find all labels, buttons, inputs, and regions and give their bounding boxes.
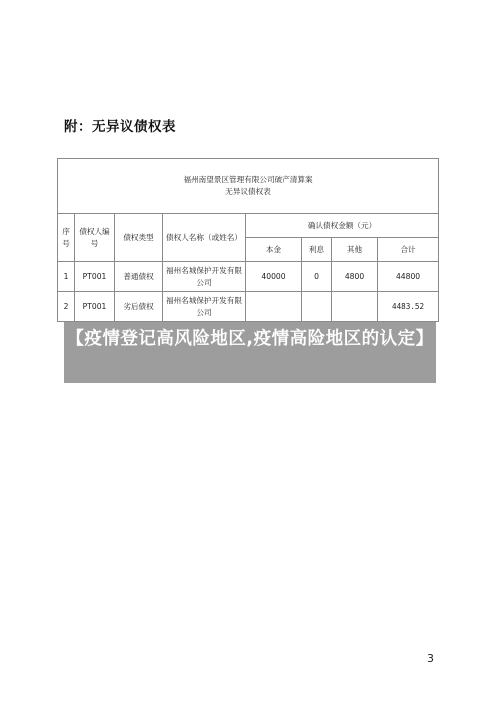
appendix-heading: 附：无异议债权表 <box>64 115 176 135</box>
debt-claims-table: 福州南望景区管理有限公司破产清算案 无异议债权表 序号 债权人编号 债权类型 债… <box>57 158 439 322</box>
header-principal: 本金 <box>246 238 302 262</box>
table-row: 1 PT001 普通债权 福州名城保护开发有限公司 40000 0 4800 4… <box>58 262 439 292</box>
cell-claim-type: 劣后债权 <box>115 292 163 322</box>
cell-claim-type: 普通债权 <box>115 262 163 292</box>
page-number: 3 <box>427 652 434 665</box>
cell-total: 4483.52 <box>378 292 439 322</box>
cell-interest: 0 <box>302 262 332 292</box>
cell-total: 44800 <box>378 262 439 292</box>
caption-overlay: 【疫情登记高风险地区,疫情高险地区的认定】 <box>64 322 436 383</box>
cell-principal: 40000 <box>246 262 302 292</box>
cell-other: 4800 <box>332 262 378 292</box>
header-creditor-name: 债权人名称（或姓名） <box>163 214 246 262</box>
cell-creditor-id: PT001 <box>75 262 115 292</box>
table-subtitle: 无异议债权表 <box>60 186 436 198</box>
header-seq: 序号 <box>58 214 75 262</box>
cell-interest <box>302 292 332 322</box>
table-row: 2 PT001 劣后债权 福州名城保护开发有限公司 4483.52 <box>58 292 439 322</box>
case-title: 福州南望景区管理有限公司破产清算案 <box>60 174 436 186</box>
header-other: 其他 <box>332 238 378 262</box>
header-interest: 利息 <box>302 238 332 262</box>
header-total: 合计 <box>378 238 439 262</box>
header-creditor-id: 债权人编号 <box>75 214 115 262</box>
cell-seq: 1 <box>58 262 75 292</box>
cell-principal <box>246 292 302 322</box>
cell-creditor-name: 福州名城保护开发有限公司 <box>163 262 246 292</box>
table-title: 福州南望景区管理有限公司破产清算案 无异议债权表 <box>58 159 439 214</box>
cell-creditor-name: 福州名城保护开发有限公司 <box>163 292 246 322</box>
header-confirmed-amount: 确认债权金额（元） <box>246 214 439 238</box>
cell-other <box>332 292 378 322</box>
header-claim-type: 债权类型 <box>115 214 163 262</box>
cell-creditor-id: PT001 <box>75 292 115 322</box>
cell-seq: 2 <box>58 292 75 322</box>
